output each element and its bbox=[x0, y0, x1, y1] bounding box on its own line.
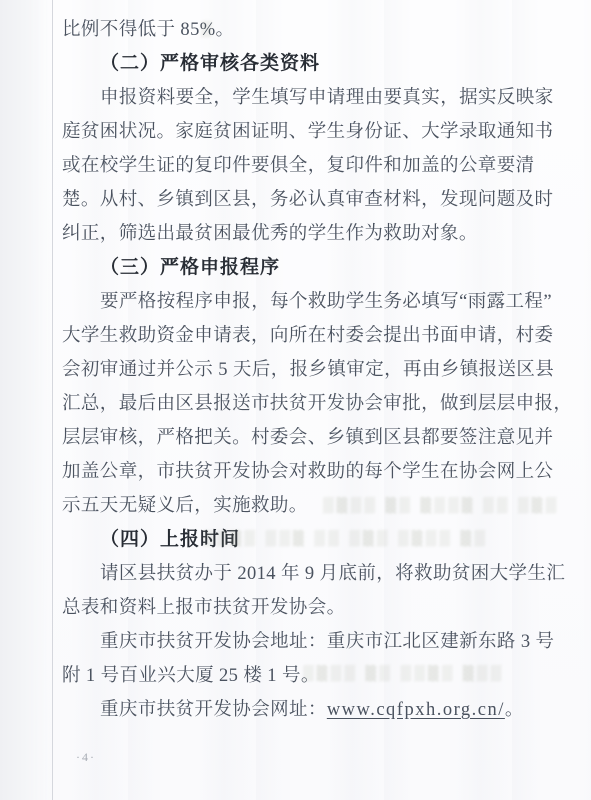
page-number: ·4· bbox=[76, 750, 96, 765]
text-line: 庭贫困状况。家庭贫困证明、学生身份证、大学录取通知书 bbox=[62, 115, 562, 149]
text-line: 附 1 号百业兴大厦 25 楼 1 号。 bbox=[62, 659, 562, 693]
text-line: 请区县扶贫办于 2014 年 9 月底前，将救助贫困大学生汇 bbox=[62, 557, 562, 591]
text-line: 总表和资料上报市扶贫开发协会。 bbox=[62, 591, 562, 625]
text-line: 申报资料要全，学生填写申请理由要真实，据实反映家 bbox=[62, 81, 562, 115]
document-lines: 比例不得低于 85%。（二）严格审核各类资料申报资料要全，学生填写申请理由要真实… bbox=[62, 13, 562, 727]
text-line: 楚。从村、乡镇到区县，务必认真审查材料，发现问题及时 bbox=[62, 183, 562, 217]
text-line: 要严格按程序申报，每个救助学生务必填写“雨露工程” bbox=[62, 285, 562, 319]
text-line: 纠正，筛选出最贫困最优秀的学生作为救助对象。 bbox=[62, 217, 562, 251]
text-segment: 重庆市扶贫开发协会网址： bbox=[100, 700, 327, 720]
section-heading: （三）严格申报程序 bbox=[62, 251, 562, 285]
text-segment: 。 bbox=[505, 700, 524, 720]
section-heading: （二）严格审核各类资料 bbox=[62, 47, 562, 81]
text-line: 大学生救助资金申请表，向所在村委会提出书面申请，村委 bbox=[62, 319, 562, 353]
text-line: 重庆市扶贫开发协会网址：www.cqfpxh.org.cn/。 bbox=[62, 693, 562, 727]
text-line: 会初审通过并公示 5 天后，报乡镇审定，再由乡镇报送区县 bbox=[62, 353, 562, 387]
text-line: 或在校学生证的复印件要俱全，复印件和加盖的公章要清 bbox=[62, 149, 562, 183]
text-line: 加盖公章，市扶贫开发协会对救助的每个学生在协会网上公 bbox=[62, 455, 562, 489]
text-line: 示五天无疑义后，实施救助。 bbox=[62, 489, 562, 523]
text-line: 重庆市扶贫开发协会地址：重庆市江北区建新东路 3 号 bbox=[62, 625, 562, 659]
section-heading: （四）上报时间 bbox=[62, 523, 562, 557]
page-left-edge bbox=[0, 0, 53, 800]
text-line: 比例不得低于 85%。 bbox=[62, 13, 562, 47]
text-line: 汇总，最后由区县报送市扶贫开发协会审批，做到层层申报， bbox=[62, 387, 562, 421]
website-url: www.cqfpxh.org.cn/ bbox=[327, 700, 505, 720]
text-line: 层层审核，严格把关。村委会、乡镇到区县都要签注意见并 bbox=[62, 421, 562, 455]
